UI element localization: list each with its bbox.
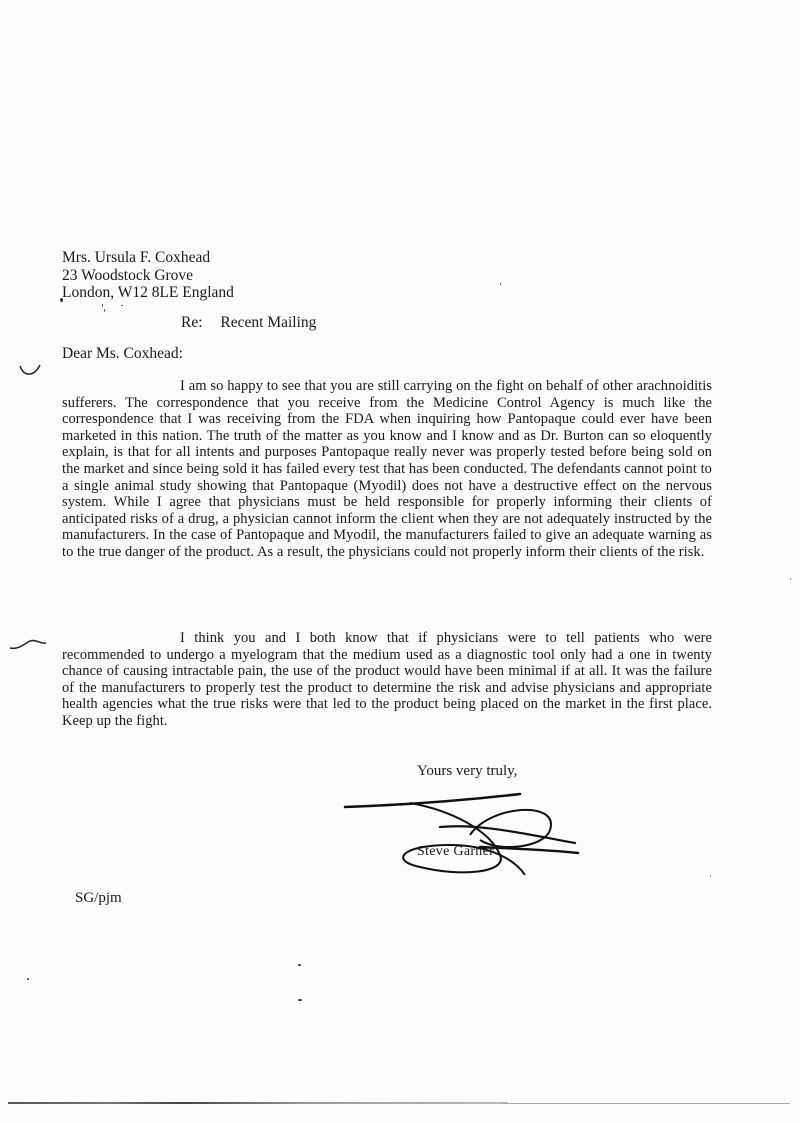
typist-initials: SG/pjm: [75, 890, 122, 907]
subject-label: Re:: [181, 314, 203, 331]
body-paragraph-1: I am so happy to see that you are still …: [62, 378, 712, 561]
recipient-address: Mrs. Ursula F. Coxhead 23 Woodstock Grov…: [62, 249, 234, 302]
pen-tick-mark-icon: [18, 363, 42, 379]
recipient-street: 23 Woodstock Grove: [62, 267, 234, 285]
speck: [121, 305, 123, 306]
speck: [298, 999, 302, 1001]
signer-name: Steve Garner: [417, 844, 494, 860]
speck: [790, 578, 791, 580]
salutation: Dear Ms. Coxhead:: [62, 345, 183, 363]
subject-text: Recent Mailing: [220, 314, 316, 331]
bottom-rule: [8, 1102, 508, 1104]
recipient-name: Mrs. Ursula F. Coxhead: [62, 249, 234, 267]
body-paragraph-2: I think you and I both know that if phys…: [62, 630, 712, 730]
closing: Yours very truly,: [417, 763, 517, 780]
recipient-city: London, W12 8LE England: [62, 284, 234, 302]
pen-tick-mark-icon: [8, 638, 48, 652]
bottom-rule-faint: [500, 1103, 790, 1104]
subject-line: Re: Recent Mailing: [181, 314, 316, 332]
speck: [60, 298, 63, 302]
letter-page: Mrs. Ursula F. Coxhead 23 Woodstock Grov…: [0, 0, 800, 1123]
signature-icon: [340, 785, 590, 875]
speck: [27, 978, 29, 980]
speck: [104, 309, 105, 312]
speck: [710, 875, 711, 877]
speck: [298, 964, 301, 966]
speck: [102, 304, 103, 307]
speck: [500, 283, 501, 285]
